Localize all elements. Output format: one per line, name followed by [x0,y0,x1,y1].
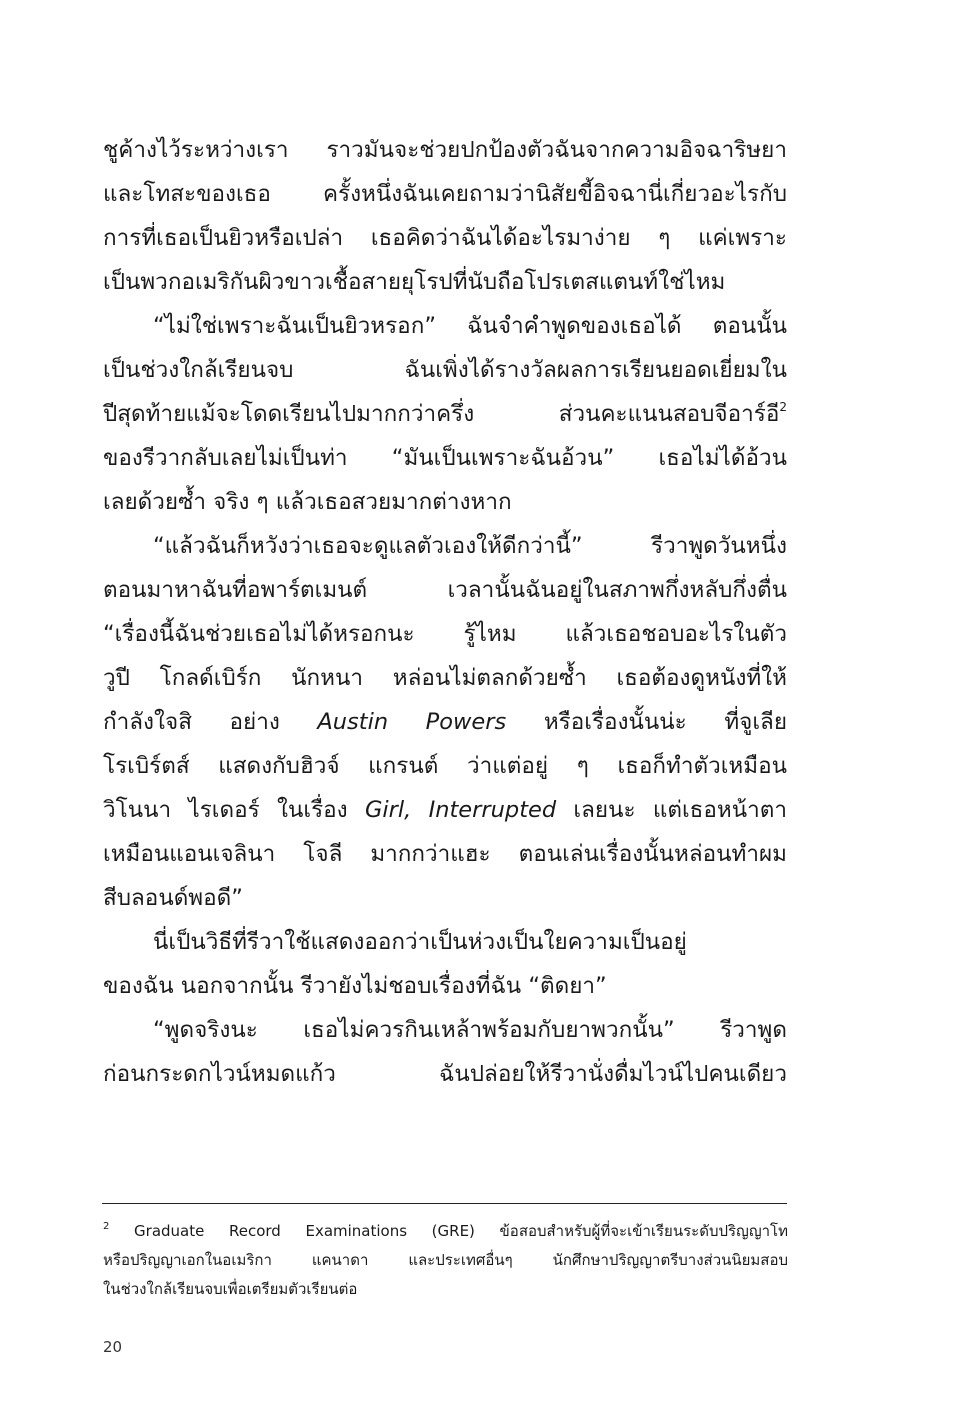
text-line: “ไม่ใช่เพราะฉันเป็นยิวหรอก” ฉันจำคำพูดขอ… [103,304,787,348]
text-line: ปีสุดท้ายแม้จะโดดเรียนไปมากกว่าครึ่ง ส่ว… [103,392,787,436]
footnote-line: ในช่วงใกล้เรียนจบเพื่อเตรียมตัวเรียนต่อ [103,1275,788,1304]
footnote-reference: 2 [779,400,787,414]
text-segment: เลยนะ แต่เธอหน้าตา [556,797,787,823]
footnote-line: 2 Graduate Record Examinations (GRE) ข้อ… [103,1217,788,1246]
text-line: ชูค้างไว้ระหว่างเรา ราวมันจะช่วยปกป้องตั… [103,128,787,172]
text-line: ของรีวากลับเลยไม่เป็นท่า “มันเป็นเพราะฉั… [103,436,787,480]
footnote-line: หรือปริญญาเอกในอเมริกา แคนาดา และประเทศอ… [103,1246,788,1275]
body-text: ชูค้างไว้ระหว่างเรา ราวมันจะช่วยปกป้องตั… [103,128,787,1096]
text-line: เป็นพวกอเมริกันผิวขาวเชื้อสายยุโรปที่นับ… [103,260,787,304]
text-line: ตอนมาหาฉันที่อพาร์ตเมนต์ เวลานั้นฉันอยู่… [103,568,787,612]
text-segment: หรือเรื่องนั้นน่ะ ที่จูเลีย [506,709,787,735]
footnote: 2 Graduate Record Examinations (GRE) ข้อ… [103,1217,788,1304]
text-line: เป็นช่วงใกล้เรียนจบ ฉันเพิ่งได้รางวัลผลก… [103,348,787,392]
text-line: สีบลอนด์พอดี” [103,876,787,920]
text-line: วิโนนา ไรเดอร์ ในเรื่อง Girl, Interrupte… [103,788,787,832]
text-line: กำลังใจสิ อย่าง Austin Powers หรือเรื่อง… [103,700,787,744]
text-segment: Graduate Record Examinations (GRE) ข้อสอ… [134,1222,788,1240]
text-line: “แล้วฉันก็หวังว่าเธอจะดูแลตัวเองให้ดีกว่… [103,524,787,568]
text-line: “เรื่องนี้ฉันช่วยเธอไม่ได้หรอกนะ รู้ไหม … [103,612,787,656]
footnote-divider [102,1203,787,1204]
book-page: ชูค้างไว้ระหว่างเรา ราวมันจะช่วยปกป้องตั… [0,0,967,1407]
text-line: นี่เป็นวิธีที่รีวาใช้แสดงออกว่าเป็นห่วงเ… [103,920,787,964]
text-segment: กำลังใจสิ อย่าง [103,709,317,735]
text-segment: ปีสุดท้ายแม้จะโดดเรียนไปมากกว่าครึ่ง ส่ว… [103,401,779,427]
text-line: เลยด้วยซ้ำ จริง ๆ แล้วเธอสวยมากต่างหาก [103,480,787,524]
text-line: ก่อนกระดกไวน์หมดแก้ว ฉันปล่อยให้รีวานั่ง… [103,1052,787,1096]
text-segment: วิโนนา ไรเดอร์ ในเรื่อง [103,797,365,823]
text-line: “พูดจริงนะ เธอไม่ควรกินเหล้าพร้อมกับยาพว… [103,1008,787,1052]
text-line: ของฉัน นอกจากนั้น รีวายังไม่ชอบเรื่องที่… [103,964,787,1008]
text-line: และโทสะของเธอ ครั้งหนึ่งฉันเคยถามว่านิสั… [103,172,787,216]
film-title: Girl, Interrupted [365,797,556,823]
text-line: วูปี โกลด์เบิร์ก นักหนา หล่อนไม่ตลกด้วยซ… [103,656,787,700]
text-line: เหมือนแอนเจลินา โจลี มากกว่าแฮะ ตอนเล่นเ… [103,832,787,876]
footnote-marker: 2 [103,1221,109,1232]
film-title: Austin Powers [317,709,506,735]
page-number: 20 [103,1338,122,1356]
text-line: โรเบิร์ตส์ แสดงกับฮิวจ์ แกรนต์ ว่าแต่อยู… [103,744,787,788]
text-line: การที่เธอเป็นยิวหรือเปล่า เธอคิดว่าฉันได… [103,216,787,260]
